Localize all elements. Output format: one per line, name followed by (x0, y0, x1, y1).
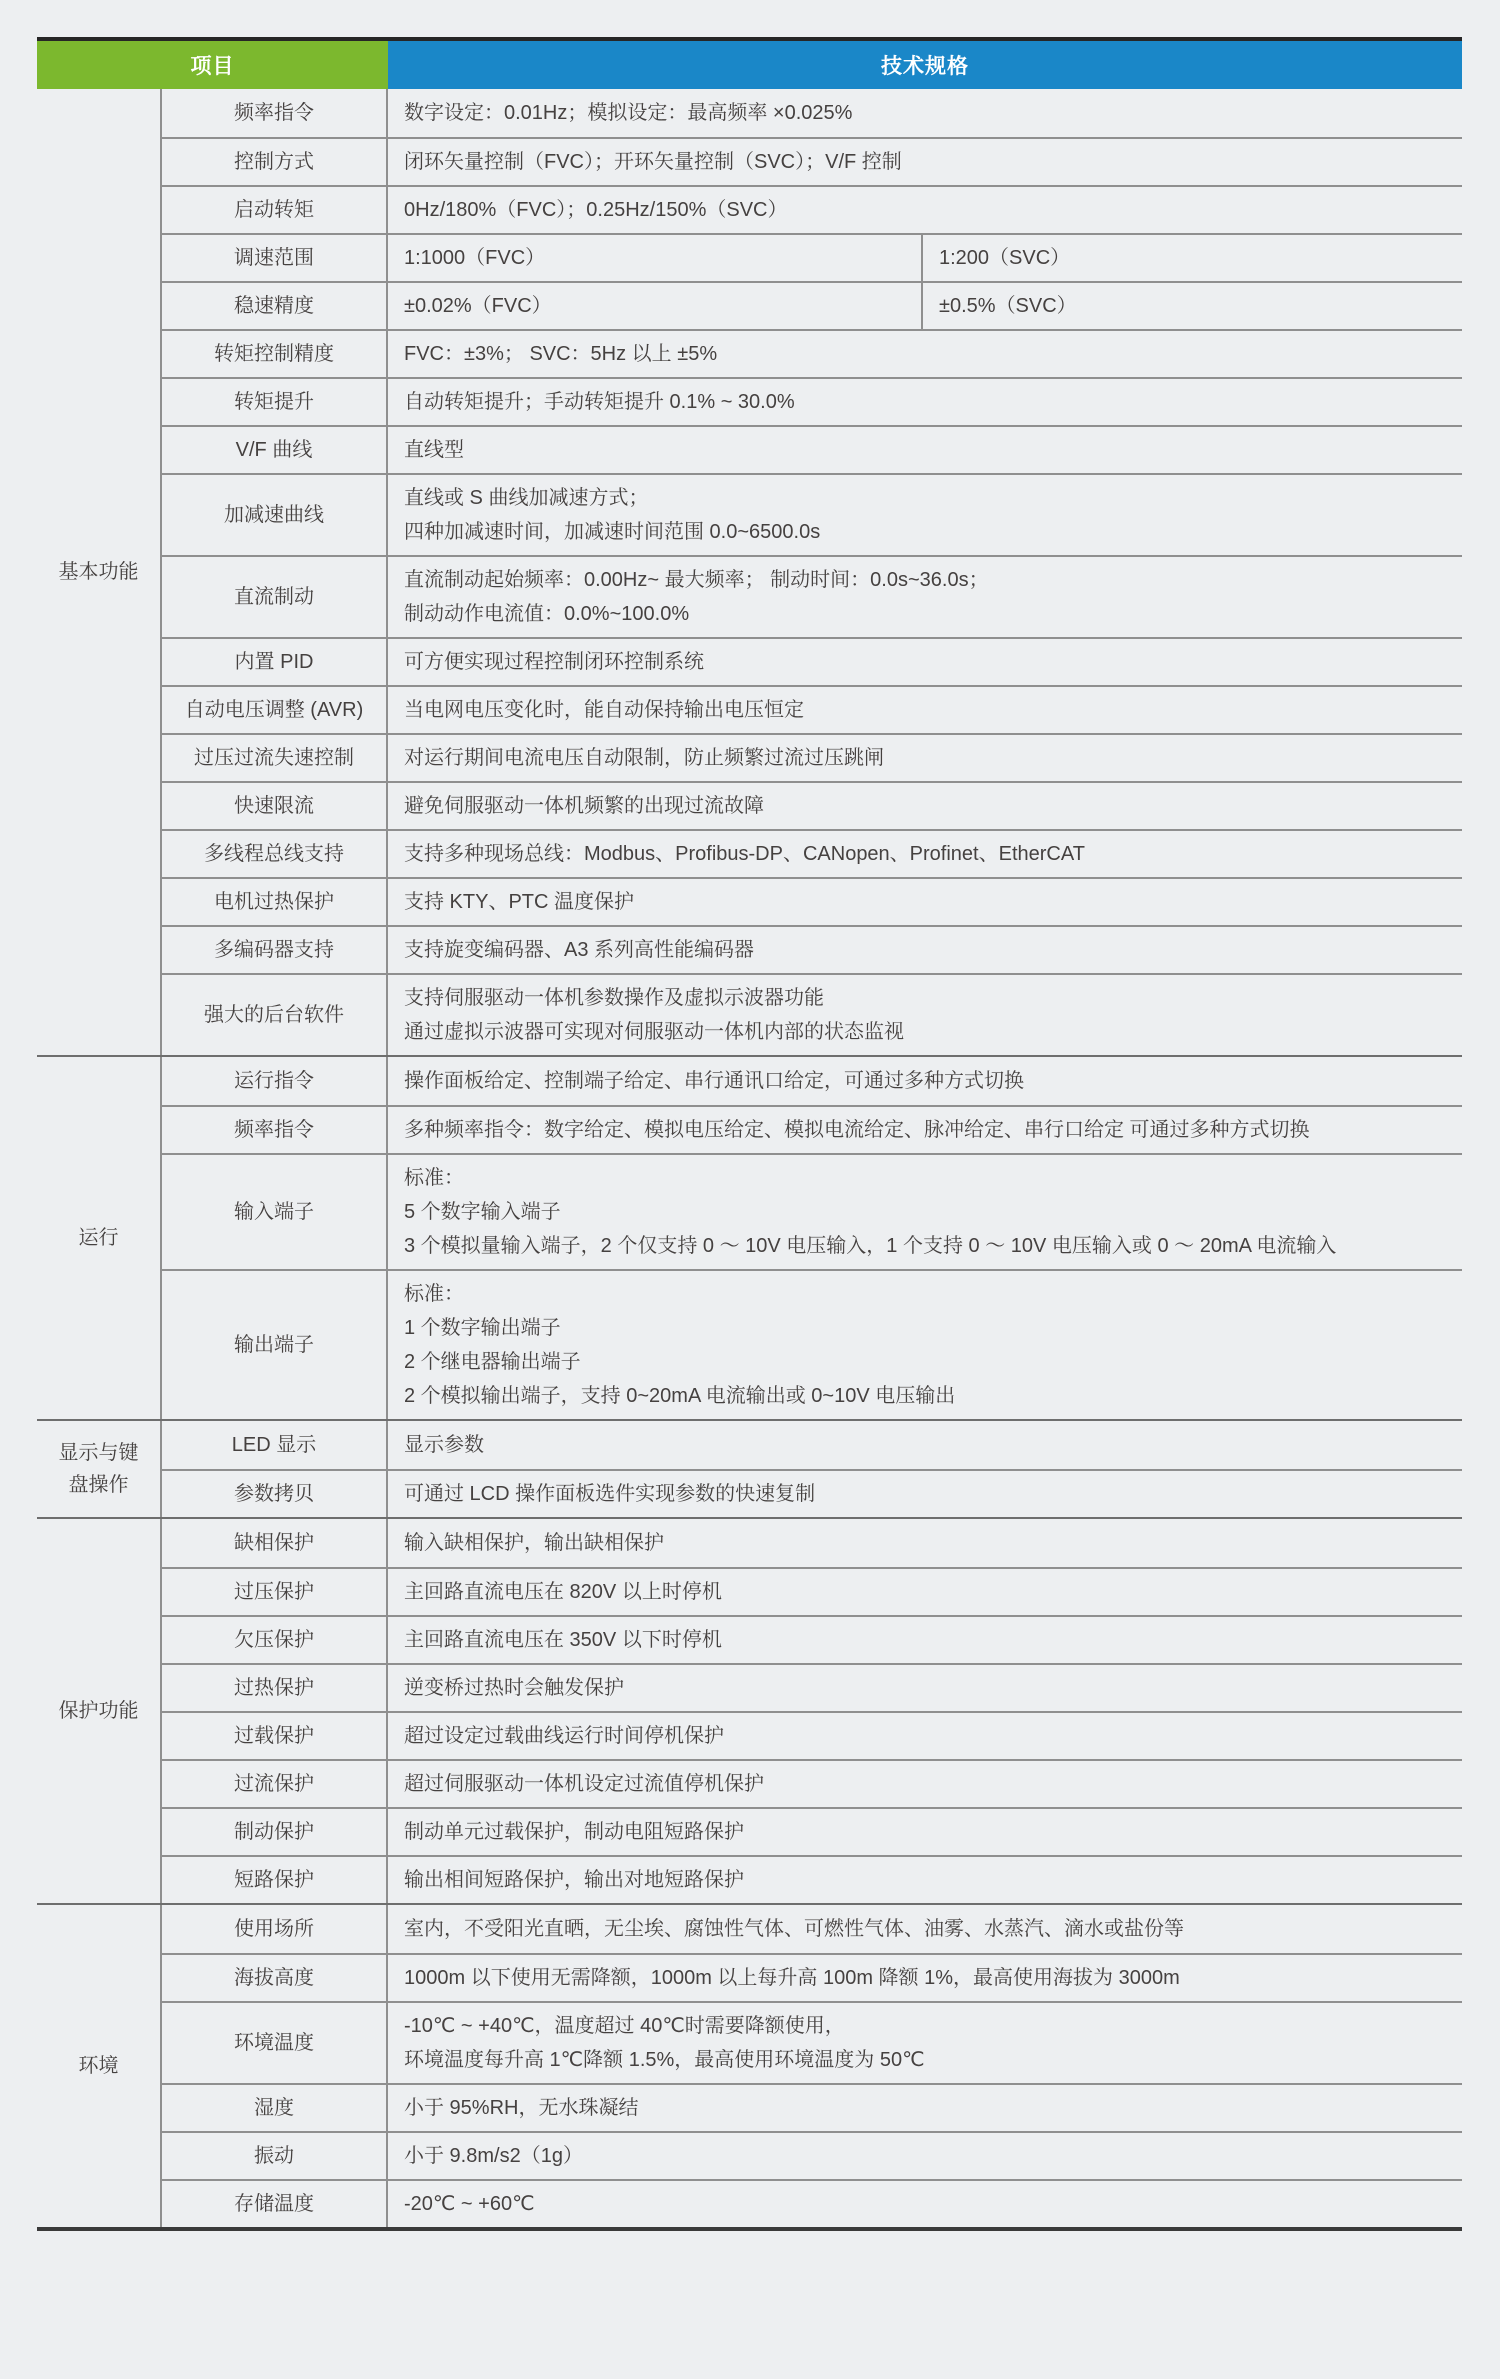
table-row: 短路保护输出相间短路保护，输出对地短路保护 (160, 1855, 1462, 1903)
table-row: 运行指令操作面板给定、控制端子给定、串行通讯口给定，可通过多种方式切换 (160, 1057, 1462, 1105)
group-rows: 使用场所室内，不受阳光直晒，无尘埃、腐蚀性气体、可燃性气体、油雾、水蒸汽、滴水或… (160, 1905, 1462, 2227)
row-item-label: 电机过热保护 (160, 879, 388, 925)
group-rows: 频率指令数字设定：0.01Hz；模拟设定：最高频率 ×0.025%控制方式闭环矢… (160, 89, 1462, 1055)
row-item-label: 缺相保护 (160, 1519, 388, 1567)
row-spec: 超过伺服驱动一体机设定过流值停机保护 (388, 1761, 1462, 1807)
group-label: 显示与键盘操作 (53, 1437, 145, 1501)
row-spec: 超过设定过载曲线运行时间停机保护 (388, 1713, 1462, 1759)
row-item-label: 湿度 (160, 2085, 388, 2131)
group-label: 运行 (79, 1222, 119, 1254)
row-spec: FVC：±3%； SVC：5Hz 以上 ±5% (388, 331, 1462, 377)
row-spec: 可通过 LCD 操作面板选件实现参数的快速复制 (388, 1471, 1462, 1517)
row-spec: 多种频率指令：数字给定、模拟电压给定、模拟电流给定、脉冲给定、串行口给定 可通过… (388, 1107, 1462, 1153)
row-item-label: V/F 曲线 (160, 427, 388, 473)
row-spec-line: 小于 95%RH，无水珠凝结 (404, 2091, 1444, 2125)
row-spec: 小于 95%RH，无水珠凝结 (388, 2085, 1462, 2131)
row-spec-line: 支持旋变编码器、A3 系列高性能编码器 (404, 933, 1444, 967)
row-spec-line: 0Hz/180%（FVC）；0.25Hz/150%（SVC） (404, 193, 1444, 227)
row-spec-value: 1:1000（FVC） (388, 235, 921, 281)
row-spec: 主回路直流电压在 820V 以上时停机 (388, 1569, 1462, 1615)
table-row: 转矩控制精度FVC：±3%； SVC：5Hz 以上 ±5% (160, 329, 1462, 377)
row-spec-line: 通过虚拟示波器可实现对伺服驱动一体机内部的状态监视 (404, 1015, 1444, 1049)
spec-sheet-page: 项目 技术规格 基本功能频率指令数字设定：0.01Hz；模拟设定：最高频率 ×0… (0, 0, 1500, 2379)
table-row: 振动小于 9.8m/s2（1g） (160, 2131, 1462, 2179)
table-row: 强大的后台软件支持伺服驱动一体机参数操作及虚拟示波器功能通过虚拟示波器可实现对伺… (160, 973, 1462, 1055)
row-spec-line: 主回路直流电压在 350V 以下时停机 (404, 1623, 1444, 1657)
table-row: 过压保护主回路直流电压在 820V 以上时停机 (160, 1567, 1462, 1615)
row-item-label: 控制方式 (160, 139, 388, 185)
group-label-cell: 环境 (37, 1905, 160, 2227)
row-spec-value: ±0.5%（SVC） (921, 283, 1462, 329)
row-item-label: 频率指令 (160, 89, 388, 137)
row-spec-line: 操作面板给定、控制端子给定、串行通讯口给定，可通过多种方式切换 (404, 1064, 1444, 1098)
row-item-label: 自动电压调整 (AVR) (160, 687, 388, 733)
group-label-cell: 保护功能 (37, 1519, 160, 1903)
table-row: 自动电压调整 (AVR)当电网电压变化时，能自动保持输出电压恒定 (160, 685, 1462, 733)
row-spec: 1000m 以下使用无需降额，1000m 以上每升高 100m 降额 1%，最高… (388, 1955, 1462, 2001)
row-spec: 自动转矩提升；手动转矩提升 0.1% ~ 30.0% (388, 379, 1462, 425)
row-item-label: 振动 (160, 2133, 388, 2179)
row-spec: 直线或 S 曲线加减速方式；四种加减速时间，加减速时间范围 0.0~6500.0… (388, 475, 1462, 555)
row-item-label: 过载保护 (160, 1713, 388, 1759)
row-spec: 标准：1 个数字输出端子2 个继电器输出端子2 个模拟输出端子，支持 0~20m… (388, 1271, 1462, 1419)
group-rows: LED 显示显示参数参数拷贝可通过 LCD 操作面板选件实现参数的快速复制 (160, 1421, 1462, 1517)
row-spec: 1:1000（FVC）1:200（SVC） (388, 235, 1462, 281)
row-spec: 可方便实现过程控制闭环控制系统 (388, 639, 1462, 685)
spec-group: 运行运行指令操作面板给定、控制端子给定、串行通讯口给定，可通过多种方式切换频率指… (37, 1055, 1462, 1419)
technical-spec-table: 项目 技术规格 基本功能频率指令数字设定：0.01Hz；模拟设定：最高频率 ×0… (37, 37, 1462, 2231)
row-spec-line: 对运行期间电流电压自动限制，防止频繁过流过压跳闸 (404, 741, 1444, 775)
row-spec-line: FVC：±3%； SVC：5Hz 以上 ±5% (404, 337, 1444, 371)
row-item-label: 强大的后台软件 (160, 975, 388, 1055)
row-spec: 逆变桥过热时会触发保护 (388, 1665, 1462, 1711)
table-row: 转矩提升自动转矩提升；手动转矩提升 0.1% ~ 30.0% (160, 377, 1462, 425)
row-spec-line: -10℃ ~ +40℃，温度超过 40℃时需要降额使用， (404, 2009, 1444, 2043)
row-spec-line: 环境温度每升高 1℃降额 1.5%，最高使用环境温度为 50℃ (404, 2043, 1444, 2077)
row-spec-line: 制动单元过载保护，制动电阻短路保护 (404, 1815, 1444, 1849)
table-header-row: 项目 技术规格 (37, 41, 1462, 89)
table-row: 过热保护逆变桥过热时会触发保护 (160, 1663, 1462, 1711)
table-row: 电机过热保护支持 KTY、PTC 温度保护 (160, 877, 1462, 925)
row-item-label: 多线程总线支持 (160, 831, 388, 877)
row-spec-line: 5 个数字输入端子 (404, 1195, 1444, 1229)
group-label: 环境 (79, 2050, 119, 2082)
row-spec: 显示参数 (388, 1421, 1462, 1469)
table-row: 多线程总线支持支持多种现场总线：Modbus、Profibus-DP、CANop… (160, 829, 1462, 877)
table-row: 内置 PID可方便实现过程控制闭环控制系统 (160, 637, 1462, 685)
row-item-label: 内置 PID (160, 639, 388, 685)
row-spec-line: 直线型 (404, 433, 1444, 467)
row-spec-line: -20℃ ~ +60℃ (404, 2187, 1444, 2221)
table-row: 频率指令多种频率指令：数字给定、模拟电压给定、模拟电流给定、脉冲给定、串行口给定… (160, 1105, 1462, 1153)
table-row: 控制方式闭环矢量控制（FVC）；开环矢量控制（SVC）；V/F 控制 (160, 137, 1462, 185)
row-spec-line: 数字设定：0.01Hz；模拟设定：最高频率 ×0.025% (404, 96, 1444, 130)
row-item-label: 短路保护 (160, 1857, 388, 1903)
row-item-label: 过流保护 (160, 1761, 388, 1807)
row-spec-line: 自动转矩提升；手动转矩提升 0.1% ~ 30.0% (404, 385, 1444, 419)
row-spec: 小于 9.8m/s2（1g） (388, 2133, 1462, 2179)
row-spec: 制动单元过载保护，制动电阻短路保护 (388, 1809, 1462, 1855)
row-item-label: 输出端子 (160, 1271, 388, 1419)
table-row: 输出端子标准：1 个数字输出端子2 个继电器输出端子2 个模拟输出端子，支持 0… (160, 1269, 1462, 1419)
row-spec-line: 2 个模拟输出端子，支持 0~20mA 电流输出或 0~10V 电压输出 (404, 1379, 1444, 1413)
row-spec: 支持旋变编码器、A3 系列高性能编码器 (388, 927, 1462, 973)
row-spec: 对运行期间电流电压自动限制，防止频繁过流过压跳闸 (388, 735, 1462, 781)
table-row: 启动转矩0Hz/180%（FVC）；0.25Hz/150%（SVC） (160, 185, 1462, 233)
table-row: 输入端子标准：5 个数字输入端子3 个模拟量输入端子，2 个仅支持 0 ～ 10… (160, 1153, 1462, 1269)
table-body: 基本功能频率指令数字设定：0.01Hz；模拟设定：最高频率 ×0.025%控制方… (37, 89, 1462, 2227)
row-item-label: 频率指令 (160, 1107, 388, 1153)
row-spec: 支持 KTY、PTC 温度保护 (388, 879, 1462, 925)
row-spec: 直流制动起始频率：0.00Hz~ 最大频率； 制动时间：0.0s~36.0s；制… (388, 557, 1462, 637)
row-item-label: 加减速曲线 (160, 475, 388, 555)
row-spec-line: 小于 9.8m/s2（1g） (404, 2139, 1444, 2173)
table-row: 过流保护超过伺服驱动一体机设定过流值停机保护 (160, 1759, 1462, 1807)
group-label: 保护功能 (59, 1695, 139, 1727)
row-spec-line: 标准： (404, 1277, 1444, 1311)
row-spec-line: 支持伺服驱动一体机参数操作及虚拟示波器功能 (404, 981, 1444, 1015)
row-spec-line: 闭环矢量控制（FVC）；开环矢量控制（SVC）；V/F 控制 (404, 145, 1444, 179)
row-item-label: 参数拷贝 (160, 1471, 388, 1517)
group-rows: 缺相保护输入缺相保护，输出缺相保护过压保护主回路直流电压在 820V 以上时停机… (160, 1519, 1462, 1903)
row-item-label: 转矩控制精度 (160, 331, 388, 377)
row-spec-line: 逆变桥过热时会触发保护 (404, 1671, 1444, 1705)
row-spec: 输出相间短路保护，输出对地短路保护 (388, 1857, 1462, 1903)
row-spec-line: 超过设定过载曲线运行时间停机保护 (404, 1719, 1444, 1753)
row-spec: ±0.02%（FVC）±0.5%（SVC） (388, 283, 1462, 329)
row-item-label: 制动保护 (160, 1809, 388, 1855)
row-spec-line: 直流制动起始频率：0.00Hz~ 最大频率； 制动时间：0.0s~36.0s； (404, 563, 1444, 597)
row-item-label: 欠压保护 (160, 1617, 388, 1663)
row-spec-line: 可方便实现过程控制闭环控制系统 (404, 645, 1444, 679)
row-spec-line: 主回路直流电压在 820V 以上时停机 (404, 1575, 1444, 1609)
row-item-label: 使用场所 (160, 1905, 388, 1953)
table-row: 过压过流失速控制对运行期间电流电压自动限制，防止频繁过流过压跳闸 (160, 733, 1462, 781)
row-spec-line: 输出相间短路保护，输出对地短路保护 (404, 1863, 1444, 1897)
group-label: 基本功能 (59, 556, 139, 588)
row-item-label: 过压过流失速控制 (160, 735, 388, 781)
table-row: 直流制动直流制动起始频率：0.00Hz~ 最大频率； 制动时间：0.0s~36.… (160, 555, 1462, 637)
row-spec: 主回路直流电压在 350V 以下时停机 (388, 1617, 1462, 1663)
row-spec: 闭环矢量控制（FVC）；开环矢量控制（SVC）；V/F 控制 (388, 139, 1462, 185)
row-spec: 当电网电压变化时，能自动保持输出电压恒定 (388, 687, 1462, 733)
table-row: LED 显示显示参数 (160, 1421, 1462, 1469)
group-label-cell: 显示与键盘操作 (37, 1421, 160, 1517)
row-spec-line: 显示参数 (404, 1428, 1444, 1462)
table-row: 制动保护制动单元过载保护，制动电阻短路保护 (160, 1807, 1462, 1855)
row-spec: 0Hz/180%（FVC）；0.25Hz/150%（SVC） (388, 187, 1462, 233)
row-spec: 支持伺服驱动一体机参数操作及虚拟示波器功能通过虚拟示波器可实现对伺服驱动一体机内… (388, 975, 1462, 1055)
row-spec: 输入缺相保护，输出缺相保护 (388, 1519, 1462, 1567)
table-row: 快速限流避免伺服驱动一体机频繁的出现过流故障 (160, 781, 1462, 829)
group-label-cell: 运行 (37, 1057, 160, 1419)
row-item-label: 输入端子 (160, 1155, 388, 1269)
row-item-label: LED 显示 (160, 1421, 388, 1469)
table-row: 频率指令数字设定：0.01Hz；模拟设定：最高频率 ×0.025% (160, 89, 1462, 137)
row-item-label: 稳速精度 (160, 283, 388, 329)
group-rows: 运行指令操作面板给定、控制端子给定、串行通讯口给定，可通过多种方式切换频率指令多… (160, 1057, 1462, 1419)
row-spec-line: 四种加减速时间，加减速时间范围 0.0~6500.0s (404, 515, 1444, 549)
row-item-label: 海拔高度 (160, 1955, 388, 2001)
row-spec-line: 超过伺服驱动一体机设定过流值停机保护 (404, 1767, 1444, 1801)
row-spec: 支持多种现场总线：Modbus、Profibus-DP、CANopen、Prof… (388, 831, 1462, 877)
row-spec-line: 制动动作电流值：0.0%~100.0% (404, 597, 1444, 631)
table-row: 多编码器支持支持旋变编码器、A3 系列高性能编码器 (160, 925, 1462, 973)
header-item-column: 项目 (37, 41, 388, 89)
row-spec-line: 2 个继电器输出端子 (404, 1345, 1444, 1379)
table-row: 加减速曲线直线或 S 曲线加减速方式；四种加减速时间，加减速时间范围 0.0~6… (160, 473, 1462, 555)
row-spec-line: 标准： (404, 1161, 1444, 1195)
row-item-label: 转矩提升 (160, 379, 388, 425)
row-spec: 标准：5 个数字输入端子3 个模拟量输入端子，2 个仅支持 0 ～ 10V 电压… (388, 1155, 1462, 1269)
spec-group: 保护功能缺相保护输入缺相保护，输出缺相保护过压保护主回路直流电压在 820V 以… (37, 1517, 1462, 1903)
row-item-label: 运行指令 (160, 1057, 388, 1105)
table-row: 调速范围1:1000（FVC）1:200（SVC） (160, 233, 1462, 281)
table-row: 存储温度-20℃ ~ +60℃ (160, 2179, 1462, 2227)
row-spec-value: 1:200（SVC） (921, 235, 1462, 281)
group-label-cell: 基本功能 (37, 89, 160, 1055)
row-spec-line: 多种频率指令：数字给定、模拟电压给定、模拟电流给定、脉冲给定、串行口给定 可通过… (404, 1113, 1444, 1147)
spec-group: 环境使用场所室内，不受阳光直晒，无尘埃、腐蚀性气体、可燃性气体、油雾、水蒸汽、滴… (37, 1903, 1462, 2227)
table-row: 使用场所室内，不受阳光直晒，无尘埃、腐蚀性气体、可燃性气体、油雾、水蒸汽、滴水或… (160, 1905, 1462, 1953)
row-item-label: 启动转矩 (160, 187, 388, 233)
table-row: 湿度小于 95%RH，无水珠凝结 (160, 2083, 1462, 2131)
table-row: 稳速精度±0.02%（FVC）±0.5%（SVC） (160, 281, 1462, 329)
row-spec-line: 支持多种现场总线：Modbus、Profibus-DP、CANopen、Prof… (404, 837, 1444, 871)
row-item-label: 存储温度 (160, 2181, 388, 2227)
table-row: 缺相保护输入缺相保护，输出缺相保护 (160, 1519, 1462, 1567)
row-spec-value: ±0.02%（FVC） (388, 283, 921, 329)
table-row: 参数拷贝可通过 LCD 操作面板选件实现参数的快速复制 (160, 1469, 1462, 1517)
row-spec-line: 室内，不受阳光直晒，无尘埃、腐蚀性气体、可燃性气体、油雾、水蒸汽、滴水或盐份等 (404, 1912, 1444, 1946)
table-row: V/F 曲线直线型 (160, 425, 1462, 473)
row-spec: -10℃ ~ +40℃，温度超过 40℃时需要降额使用，环境温度每升高 1℃降额… (388, 2003, 1462, 2083)
row-spec: 室内，不受阳光直晒，无尘埃、腐蚀性气体、可燃性气体、油雾、水蒸汽、滴水或盐份等 (388, 1905, 1462, 1953)
row-spec-line: 3 个模拟量输入端子，2 个仅支持 0 ～ 10V 电压输入，1 个支持 0 ～… (404, 1229, 1444, 1263)
table-row: 海拔高度1000m 以下使用无需降额，1000m 以上每升高 100m 降额 1… (160, 1953, 1462, 2001)
row-item-label: 调速范围 (160, 235, 388, 281)
row-spec-line: 输入缺相保护，输出缺相保护 (404, 1526, 1444, 1560)
row-spec-line: 可通过 LCD 操作面板选件实现参数的快速复制 (404, 1477, 1444, 1511)
row-item-label: 过热保护 (160, 1665, 388, 1711)
row-spec-line: 直线或 S 曲线加减速方式； (404, 481, 1444, 515)
row-item-label: 多编码器支持 (160, 927, 388, 973)
spec-group: 显示与键盘操作LED 显示显示参数参数拷贝可通过 LCD 操作面板选件实现参数的… (37, 1419, 1462, 1517)
row-item-label: 过压保护 (160, 1569, 388, 1615)
row-spec: 数字设定：0.01Hz；模拟设定：最高频率 ×0.025% (388, 89, 1462, 137)
row-spec-line: 避免伺服驱动一体机频繁的出现过流故障 (404, 789, 1444, 823)
row-spec: 直线型 (388, 427, 1462, 473)
table-bottom-rule (37, 2227, 1462, 2231)
table-row: 过载保护超过设定过载曲线运行时间停机保护 (160, 1711, 1462, 1759)
header-spec-column: 技术规格 (388, 41, 1462, 89)
spec-group: 基本功能频率指令数字设定：0.01Hz；模拟设定：最高频率 ×0.025%控制方… (37, 89, 1462, 1055)
row-item-label: 快速限流 (160, 783, 388, 829)
row-spec: 操作面板给定、控制端子给定、串行通讯口给定，可通过多种方式切换 (388, 1057, 1462, 1105)
row-spec-line: 支持 KTY、PTC 温度保护 (404, 885, 1444, 919)
row-item-label: 环境温度 (160, 2003, 388, 2083)
table-row: 欠压保护主回路直流电压在 350V 以下时停机 (160, 1615, 1462, 1663)
row-spec: 避免伺服驱动一体机频繁的出现过流故障 (388, 783, 1462, 829)
row-spec-line: 1 个数字输出端子 (404, 1311, 1444, 1345)
row-item-label: 直流制动 (160, 557, 388, 637)
row-spec: -20℃ ~ +60℃ (388, 2181, 1462, 2227)
table-row: 环境温度-10℃ ~ +40℃，温度超过 40℃时需要降额使用，环境温度每升高 … (160, 2001, 1462, 2083)
row-spec-line: 1000m 以下使用无需降额，1000m 以上每升高 100m 降额 1%，最高… (404, 1961, 1444, 1995)
row-spec-line: 当电网电压变化时，能自动保持输出电压恒定 (404, 693, 1444, 727)
